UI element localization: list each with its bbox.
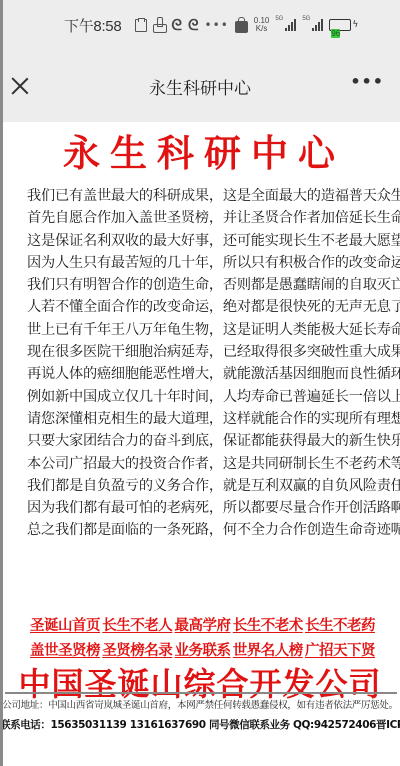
text-line: 本公司广招最大的投资合作者，这是共同研制长生不老药术等。 [27,453,377,475]
text-line: 人若不懂全面合作的改变命运，绝对都是很快死的无声无息了。 [27,296,377,318]
text-line: 我们只有明智合作的创造生命，否则都是愚蠢瞎闹的自取灭亡。 [27,274,377,296]
main-heading: 永生科研中心 [0,132,400,176]
squirrel-app-icon: ᘓ [188,16,199,34]
footer-divider [5,692,397,694]
signal-icon: 5G [302,19,323,31]
signal-tag: 5G [275,16,283,22]
text-line: 总之我们都是面临的一条死路，何不全力合作创造生命奇迹呢？ [27,519,377,541]
nav-links: 圣诞山首页 长生不老人 最高学府 长生不老术 长生不老药 盖世圣贤榜 圣贤榜名录… [30,612,375,662]
text-line: 因为我们都有最可怕的老病死，所以都要尽量合作开创活路啊！ [27,497,377,519]
text-line: 例如新中国成立仅几十年时间，人均寿命已普遍延长一倍以上。 [27,386,377,408]
link-immortal-medicine[interactable]: 长生不老药 [305,614,375,635]
article-body: 我们已有盖世最大的科研成果，这是全面最大的造福普天众生。 首先自愿合作加入盖世圣… [27,185,377,542]
link-row: 圣诞山首页 长生不老人 最高学府 长生不老术 长生不老药 [30,612,375,637]
link-immortal-arts[interactable]: 长生不老术 [233,614,303,635]
text-line: 首先自愿合作加入盖世圣贤榜，并让圣贤合作者加倍延长生命。 [27,207,377,229]
text-line: 我们已有盖世最大的科研成果，这是全面最大的造福普天众生。 [27,185,377,207]
window-edge [0,0,3,766]
charging-icon: ϟ [352,20,358,30]
nav-bar: 永生科研中心 ••• [0,52,400,122]
link-world-celebrities[interactable]: 世界名人榜 [233,639,303,660]
squirrel-app-icon: ᘓ [171,16,182,34]
text-line: 因为人生只有最苦短的几十年，所以只有积极合作的改变命运。 [27,252,377,274]
page-title: 永生科研中心 [0,74,400,99]
battery-icon: 96 ϟ [329,19,358,31]
brush-icon [153,16,165,34]
text-line: 世上已有千年王八万年龟生物，这是证明人类能极大延长寿命。 [27,319,377,341]
footer-address: 公司地址：中国山西省岢岚城圣诞山首府，本网严禁任何转载愚蠢侵权，如有违者依法严厉… [0,697,400,711]
link-sages-list[interactable]: 盖世圣贤榜 [30,639,100,660]
network-speed: 0.10 K/s [254,17,270,33]
text-line: 再说人体的癌细胞能恶性增大，就能激活基因细胞而良性循环。 [27,363,377,385]
network-speed-unit: K/s [254,25,270,33]
status-bar: 下午8:58 ᘓ ᘓ ••• 0.10 K/s 5G 5G 96 ϟ [0,0,400,52]
text-line: 这是保证名利双收的最大好事，还可能实现长生不老最大愿望。 [27,230,377,252]
text-line: 只要大家团结合力的奋斗到底，保证都能获得最大的新生快乐。 [27,430,377,452]
file-icon [135,16,147,34]
more-icon[interactable]: ••• [350,72,384,91]
lock-icon [235,16,248,34]
link-academy[interactable]: 最高学府 [175,614,231,635]
link-business-contact[interactable]: 业务联系 [175,639,231,660]
link-sages-directory[interactable]: 圣贤榜名录 [102,639,172,660]
link-recruit[interactable]: 广招天下贤 [305,639,375,660]
web-content: 永生科研中心 我们已有盖世最大的科研成果，这是全面最大的造福普天众生。 首先自愿… [0,122,400,766]
signal-icon: 5G [275,19,296,31]
battery-level: 96 [331,29,340,38]
signal-tag: 5G [302,16,310,22]
link-home[interactable]: 圣诞山首页 [30,614,100,635]
link-row: 盖世圣贤榜 圣贤榜名录 业务联系 世界名人榜 广招天下贤 [30,637,375,662]
status-time: 下午8:58 [64,15,121,36]
footer-contact: 联系电话：15635031139 13161637690 同号微信联系业务 QQ… [0,717,400,732]
more-dots-icon: ••• [205,16,229,34]
text-line: 请您深懂相克相生的最大道理，这样就能合作的实现所有理想。 [27,408,377,430]
text-line: 现在很多医院干细胞治病延寿，已经取得很多突破性重大成果。 [27,341,377,363]
link-immortal-people[interactable]: 长生不老人 [102,614,172,635]
text-line: 我们都是自负盈亏的义务合作，就是互利双赢的自负风险责任。 [27,475,377,497]
